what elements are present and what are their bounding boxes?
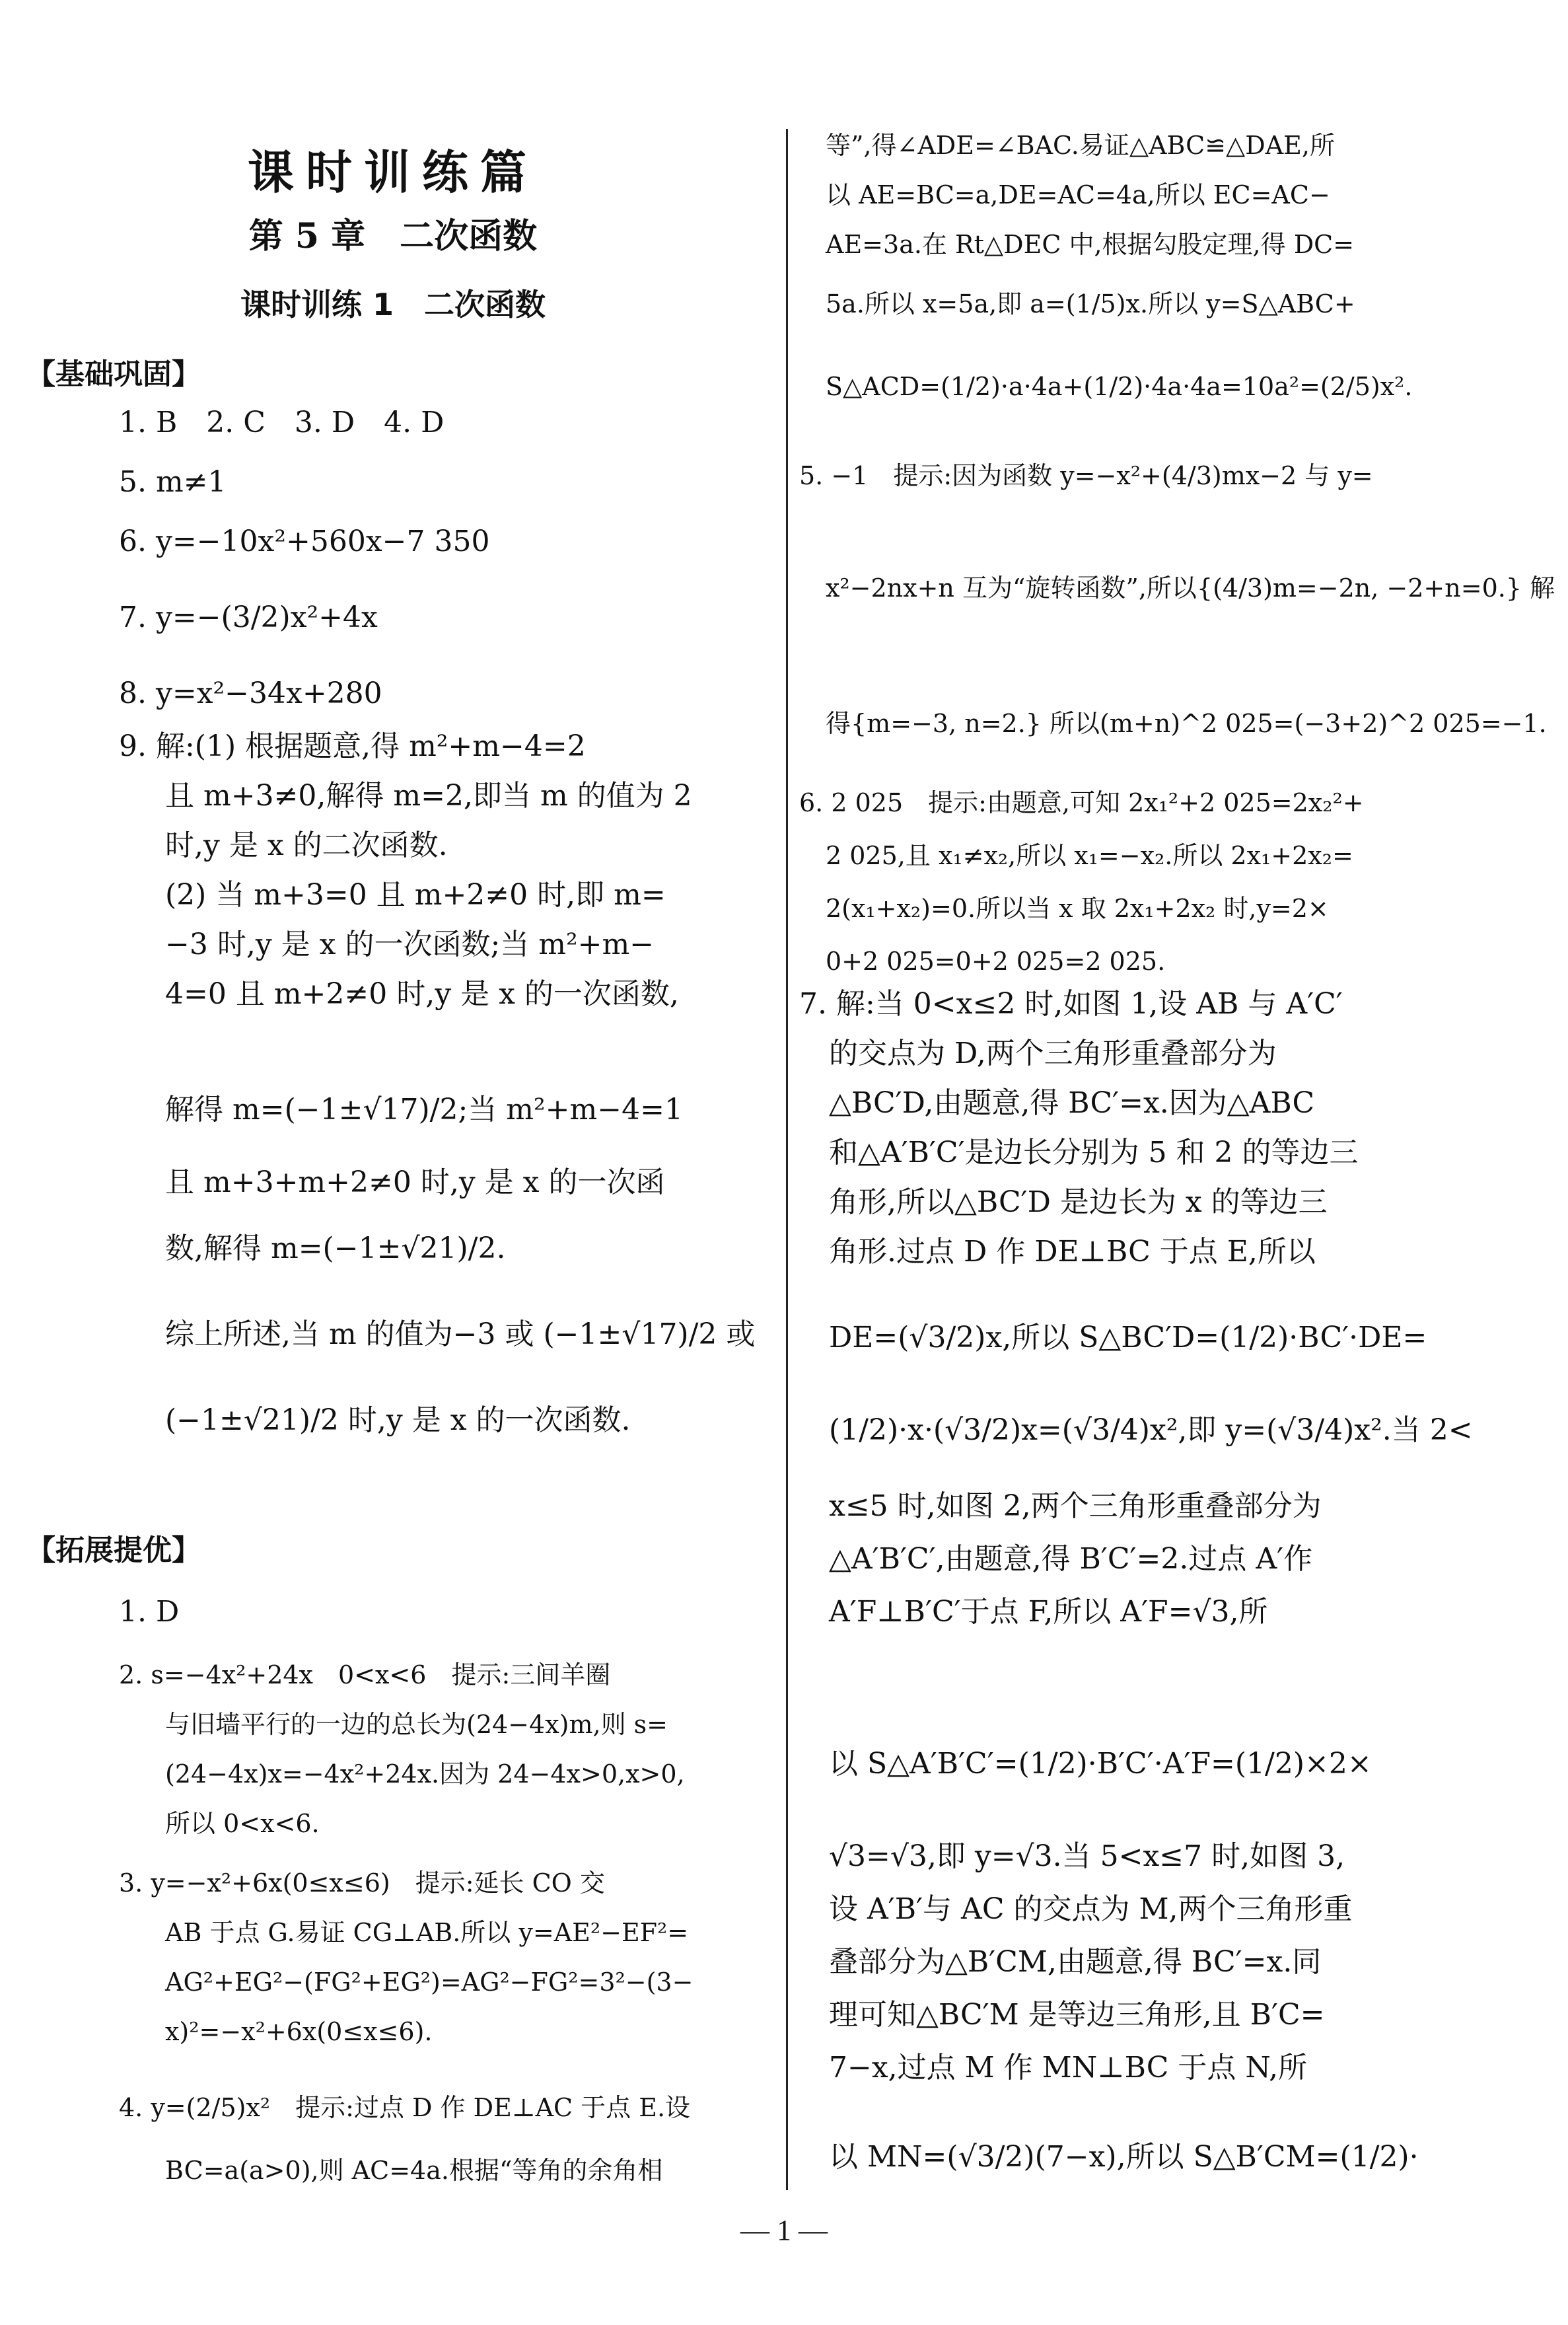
extend-line: A′F⊥B′C′于点 F,所以 A′F=√3,所: [829, 1592, 1267, 1632]
lesson-title: 课时训练 1 二次函数: [0, 281, 786, 324]
extend-line: 2(x₁+x₂)=0.所以当 x 取 2x₁+2x₂ 时,y=2×: [826, 889, 1329, 928]
extend-line: 以 MN=(√3/2)(7−x),所以 S△B′CM=(1/2)·: [829, 2137, 1419, 2177]
extend-line: 2 025,且 x₁≠x₂,所以 x₁=−x₂.所以 2x₁+2x₂=: [826, 836, 1353, 875]
extend-line: 1. D: [119, 1592, 179, 1632]
extend-line: 3. y=−x²+6x(0≤x≤6) 提示:延长 CO 交: [119, 1863, 605, 1903]
chapter-title: 第 5 章 二次函数: [0, 208, 786, 258]
extend-line: 角形,所以△BC′D 是边长为 x 的等边三: [829, 1183, 1328, 1222]
extend-line: 5a.所以 x=5a,即 a=(1/5)x.所以 y=S△ABC+: [826, 284, 1355, 324]
q9-line: (2) 当 m+3=0 且 m+2≠0 时,即 m=: [165, 875, 666, 915]
extend-line: (1/2)·x·(√3/2)x=(√3/4)x²,即 y=(√3/4)x².当 …: [829, 1411, 1473, 1450]
column-divider: [786, 129, 788, 2190]
extend-line: x≤5 时,如图 2,两个三角形重叠部分为: [829, 1487, 1322, 1526]
extend-line: 7. 解:当 0<x≤2 时,如图 1,设 AB 与 A′C′: [799, 984, 1343, 1024]
extend-line: 7−x,过点 M 作 MN⊥BC 于点 N,所: [829, 2048, 1307, 2088]
extend-line: 角形.过点 D 作 DE⊥BC 于点 E,所以: [829, 1232, 1316, 1272]
extend-line: 得{m=−3, n=2.} 所以(m+n)^2 025=(−3+2)^2 025…: [826, 704, 1547, 743]
extend-line: 以 AE=BC=a,DE=AC=4a,所以 EC=AC−: [826, 175, 1330, 215]
extend-line: AB 于点 G.易证 CG⊥AB.所以 y=AE²−EF²=: [165, 1913, 688, 1952]
extend-line: 设 A′B′与 AC 的交点为 M,两个三角形重: [829, 1890, 1353, 1929]
section-heading-basic: 【基础巩固】: [26, 350, 201, 392]
extend-line: 2. s=−4x²+24x 0<x<6 提示:三间羊圈: [119, 1655, 610, 1695]
extend-line: √3=√3,即 y=√3.当 5<x≤7 时,如图 3,: [829, 1837, 1345, 1876]
extend-line: x²−2nx+n 互为“旋转函数”,所以{(4/3)m=−2n, −2+n=0.…: [826, 568, 1555, 608]
extend-line: 0+2 025=0+2 025=2 025.: [826, 941, 1165, 981]
extend-line: 5. −1 提示:因为函数 y=−x²+(4/3)mx−2 与 y=: [799, 456, 1373, 496]
q9-line: 且 m+3+m+2≠0 时,y 是 x 的一次函: [165, 1163, 665, 1202]
q9-line: −3 时,y 是 x 的一次函数;当 m²+m−: [165, 925, 654, 965]
extend-line: AE=3a.在 Rt△DEC 中,根据勾股定理,得 DC=: [826, 225, 1354, 264]
extend-line: DE=(√3/2)x,所以 S△BC′D=(1/2)·BC′·DE=: [829, 1318, 1427, 1358]
extend-line: 叠部分为△B′CM,由题意,得 BC′=x.同: [829, 1942, 1321, 1982]
extend-line: x)²=−x²+6x(0≤x≤6).: [165, 2012, 432, 2051]
extend-line: △BC′D,由题意,得 BC′=x.因为△ABC: [829, 1084, 1314, 1123]
extend-line: BC=a(a>0),则 AC=4a.根据“等角的余角相: [165, 2151, 662, 2190]
q9-line: 9. 解:(1) 根据题意,得 m²+m−4=2: [119, 727, 586, 766]
book-title: 课时训练篇: [0, 135, 786, 202]
page-number: — 1 —: [0, 2213, 1568, 2247]
q9-line: 4=0 且 m+2≠0 时,y 是 x 的一次函数,: [165, 975, 679, 1014]
answer-q1-4: 1. B 2. C 3. D 4. D: [119, 403, 444, 443]
extend-line: 与旧墙平行的一边的总长为(24−4x)m,则 s=: [165, 1705, 668, 1744]
extend-line: AG²+EG²−(FG²+EG²)=AG²−FG²=3²−(3−: [165, 1962, 693, 2002]
extend-line: 以 S△A′B′C′=(1/2)·B′C′·A′F=(1/2)×2×: [829, 1744, 1372, 1784]
answer-q7: 7. y=−(3/2)x²+4x: [119, 598, 378, 638]
q9-line: 且 m+3≠0,解得 m=2,即当 m 的值为 2: [165, 776, 692, 816]
extend-line: 6. 2 025 提示:由题意,可知 2x₁²+2 025=2x₂²+: [799, 783, 1364, 823]
q9-line: 数,解得 m=(−1±√21)/2.: [165, 1229, 505, 1269]
extend-line: S△ACD=(1/2)·a·4a+(1/2)·4a·4a=10a²=(2/5)x…: [826, 367, 1412, 406]
extend-line: 4. y=(2/5)x² 提示:过点 D 作 DE⊥AC 于点 E.设: [119, 2088, 690, 2127]
q9-line: (−1±√21)/2 时,y 是 x 的一次函数.: [165, 1401, 631, 1440]
q9-line: 时,y 是 x 的二次函数.: [165, 826, 448, 866]
extend-line: 和△A′B′C′是边长分别为 5 和 2 的等边三: [829, 1133, 1359, 1173]
extend-line: (24−4x)x=−4x²+24x.因为 24−4x>0,x>0,: [165, 1754, 685, 1794]
extend-line: 理可知△BC′M 是等边三角形,且 B′C=: [829, 1995, 1325, 2035]
answer-q8: 8. y=x²−34x+280: [119, 674, 382, 714]
extend-line: 等”,得∠ADE=∠BAC.易证△ABC≌△DAE,所: [826, 126, 1335, 165]
answer-q6: 6. y=−10x²+560x−7 350: [119, 522, 490, 562]
q9-line: 解得 m=(−1±√17)/2;当 m²+m−4=1: [165, 1090, 683, 1130]
q9-line: 综上所述,当 m 的值为−3 或 (−1±√17)/2 或: [165, 1315, 755, 1354]
section-heading-extend: 【拓展提优】: [26, 1526, 201, 1568]
extend-line: 所以 0<x<6.: [165, 1804, 320, 1843]
answer-q5: 5. m≠1: [119, 462, 227, 502]
extend-line: 的交点为 D,两个三角形重叠部分为: [829, 1034, 1277, 1074]
extend-line: △A′B′C′,由题意,得 B′C′=2.过点 A′作: [829, 1539, 1312, 1579]
